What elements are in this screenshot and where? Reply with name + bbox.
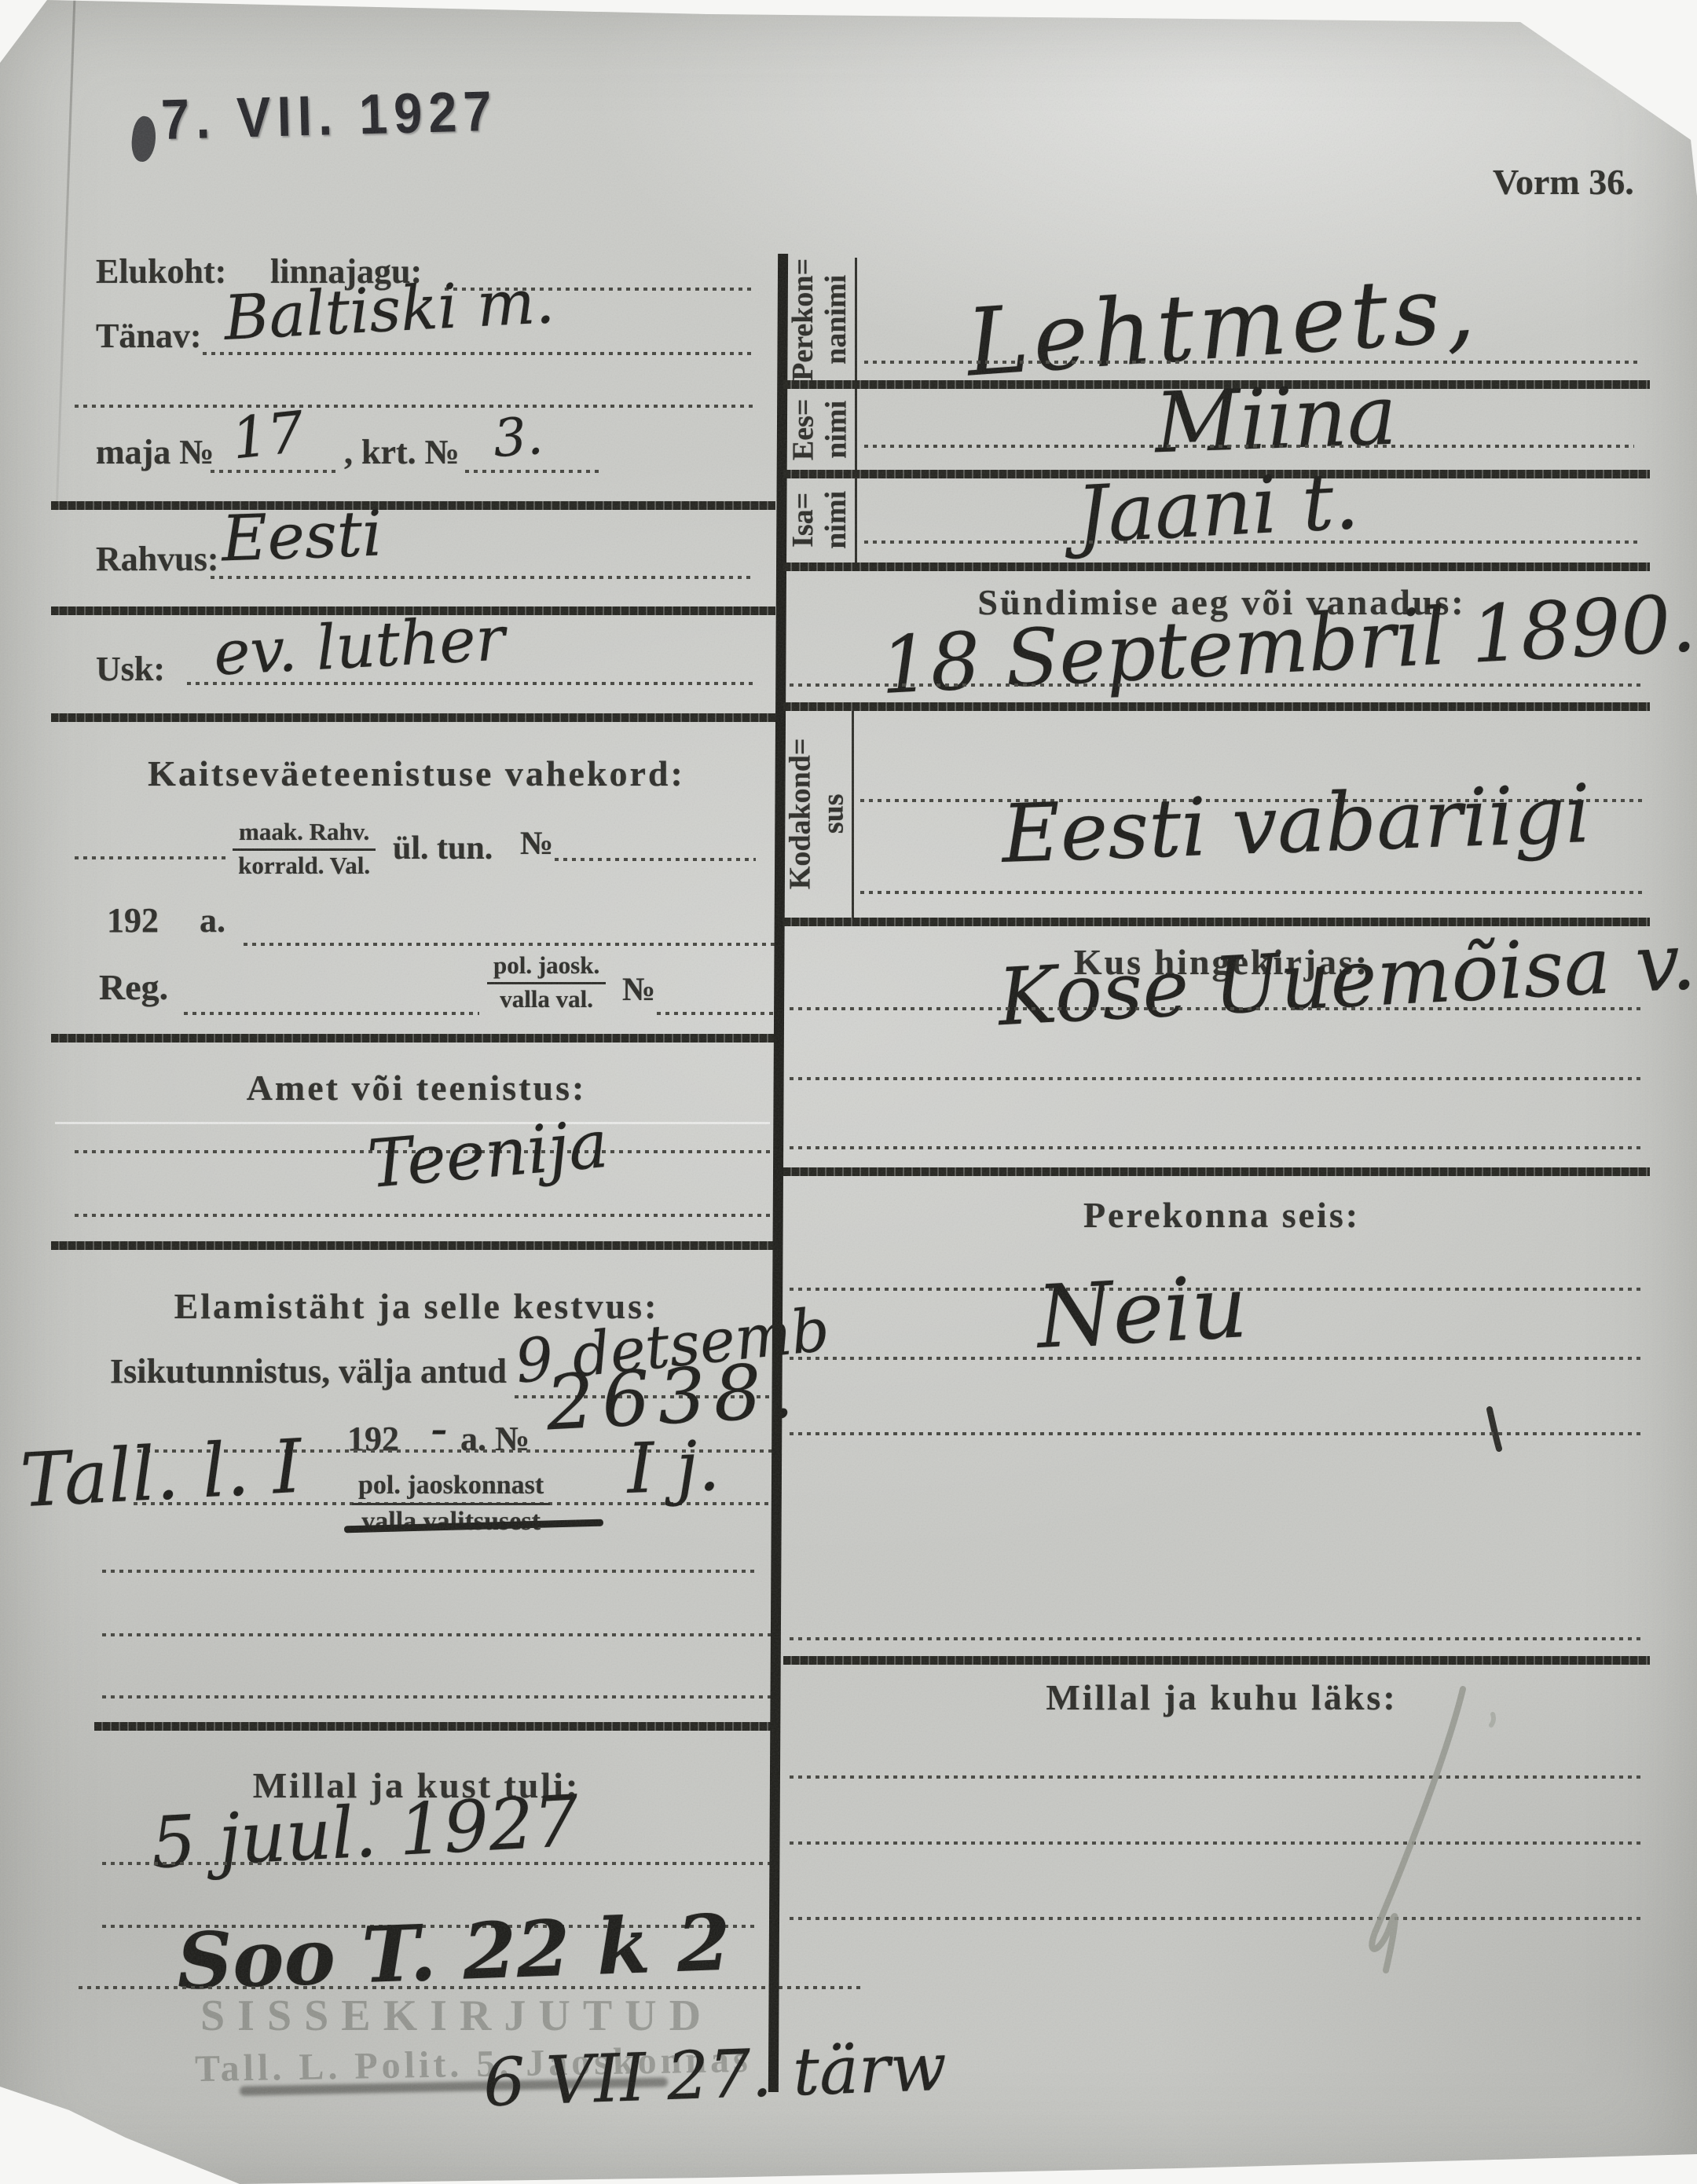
number-sign: № <box>622 971 655 1009</box>
father-name-side-label-line2: nimi <box>820 491 853 549</box>
label-divider-line <box>855 258 857 380</box>
dotted-line <box>790 1637 1642 1640</box>
fraction-top: pol. jaoskonnast <box>352 1471 550 1505</box>
registry-issuer-fraction: pol. jaosk. valla val. <box>487 952 606 1013</box>
section-rule <box>783 1167 1650 1176</box>
id-year-label: 192 <box>347 1419 399 1459</box>
margin-note-value: Tall. l. I <box>18 1424 304 1525</box>
dotted-line <box>790 1357 1642 1360</box>
first-name-value: Miina <box>1153 367 1398 472</box>
dotted-line <box>102 1633 774 1636</box>
section-rule <box>51 1241 775 1250</box>
dotted-line <box>187 682 754 685</box>
house-number-label: maja № <box>96 432 214 472</box>
section-rule <box>783 702 1650 711</box>
father-name-side-label: Isa= nimi <box>784 478 856 562</box>
section-rule <box>51 713 775 722</box>
ink-tick-mark <box>1483 1406 1507 1453</box>
house-number-value: 17 <box>229 398 307 471</box>
label-divider-line <box>852 711 854 918</box>
dotted-line <box>203 352 753 355</box>
first-name-side-label: Ees= nimi <box>784 388 856 471</box>
surname-side-label: Perekon= nanimi <box>784 259 856 380</box>
year-label: 192 <box>107 900 159 940</box>
nationality-label: Rahvus: <box>96 539 219 579</box>
dotted-line <box>790 1077 1642 1080</box>
occupation-value: Teenija <box>365 1105 610 1203</box>
marital-status-value: Neiu <box>1035 1256 1250 1368</box>
street-label: Tänav: <box>96 316 201 356</box>
dotted-line <box>555 858 756 861</box>
military-issuer-fraction: maak. Rahv. korrald. Val. <box>233 819 376 879</box>
military-service-heading: Kaitseväeteenistuse vahekord: <box>71 753 762 794</box>
dotted-line <box>864 361 1642 364</box>
fraction-bottom: korrald. Val. <box>233 851 376 880</box>
surname-side-label-line1: Perekon= <box>787 258 820 381</box>
year-a-label: a. <box>200 900 225 940</box>
residence-label: Elukoht: <box>96 251 226 291</box>
religion-value: ev. luther <box>212 603 507 689</box>
section-rule <box>94 1722 779 1731</box>
parish-register-value: Kose Uuemõisa v. <box>996 915 1697 1043</box>
district-note-value: I j. <box>625 1425 721 1509</box>
dotted-line <box>211 576 754 579</box>
dotted-line <box>211 470 336 473</box>
nationality-value: Eesti <box>220 497 383 575</box>
apartment-number-value: 3. <box>491 405 544 469</box>
certificate-label: ül. tun. <box>393 830 493 867</box>
dotted-line <box>790 1432 1642 1435</box>
dotted-line <box>75 1214 772 1217</box>
section-rule <box>783 1656 1650 1665</box>
dotted-line <box>184 1012 479 1015</box>
surname-side-label-line2: nanimi <box>820 258 853 381</box>
section-rule <box>51 1034 775 1043</box>
dotted-line <box>102 1570 754 1573</box>
dotted-line <box>790 1007 1642 1010</box>
date-received-stamp: 7. VII. 1927 <box>160 79 499 152</box>
dotted-line <box>244 943 775 946</box>
pencil-scribble <box>1257 1665 1556 2003</box>
marital-status-heading: Perekonna seis: <box>794 1194 1650 1236</box>
dotted-line <box>864 445 1634 448</box>
registered-stamp-line1: SISSEKIRJUTUD <box>200 1991 713 2041</box>
fraction-top: pol. jaosk. <box>487 952 606 984</box>
first-name-side-label-line1: Ees= <box>787 399 820 461</box>
first-name-side-label-line2: nimi <box>820 399 853 461</box>
father-name-side-label-line1: Isa= <box>787 491 820 549</box>
ink-smudge <box>129 115 159 163</box>
dotted-line <box>860 891 1642 894</box>
id-issued-label: Isikutunnistus, välja antud <box>110 1351 507 1391</box>
dotted-line <box>657 1012 775 1015</box>
dotted-line <box>79 1986 864 1989</box>
scanned-registration-card: 7. VII. 1927 Vorm 36. Elukoht: linnajagu… <box>0 0 1697 2184</box>
citizenship-side-label: Kodakond= sus <box>783 711 852 917</box>
label-divider-line <box>855 478 857 562</box>
father-name-value: Jaani t. <box>1074 455 1361 562</box>
citizenship-value: Eesti vabariigi <box>1000 768 1592 881</box>
dotted-line <box>465 470 599 473</box>
dotted-line <box>102 1695 774 1698</box>
section-rule <box>783 562 1650 571</box>
fraction-top: maak. Rahv. <box>233 819 376 851</box>
document-paper: 7. VII. 1927 Vorm 36. Elukoht: linnajagu… <box>0 0 1697 2184</box>
religion-label: Usk: <box>96 649 165 689</box>
dotted-line <box>75 856 229 859</box>
section-rule <box>51 501 775 510</box>
apartment-number-label: , krt. № <box>344 432 460 472</box>
citizenship-side-label-line2: sus <box>817 738 850 890</box>
registration-date-note: 6 VII 27. tärw <box>482 2028 947 2122</box>
occupation-heading: Amet või teenistus: <box>71 1067 762 1108</box>
paper-crease-vertical <box>56 0 76 511</box>
dotted-line <box>864 541 1642 544</box>
number-sign: № <box>520 825 553 863</box>
dotted-line <box>75 405 754 408</box>
fraction-bottom: valla val. <box>487 984 606 1013</box>
id-number-label: a. № <box>460 1419 530 1459</box>
citizenship-side-label-line1: Kodakond= <box>784 738 817 890</box>
dotted-line <box>102 1862 774 1865</box>
label-divider-line <box>855 389 857 471</box>
registry-label: Reg. <box>99 966 168 1008</box>
dotted-line <box>790 1146 1642 1149</box>
form-number: Vorm 36. <box>1493 161 1634 203</box>
dotted-line <box>790 683 1642 687</box>
